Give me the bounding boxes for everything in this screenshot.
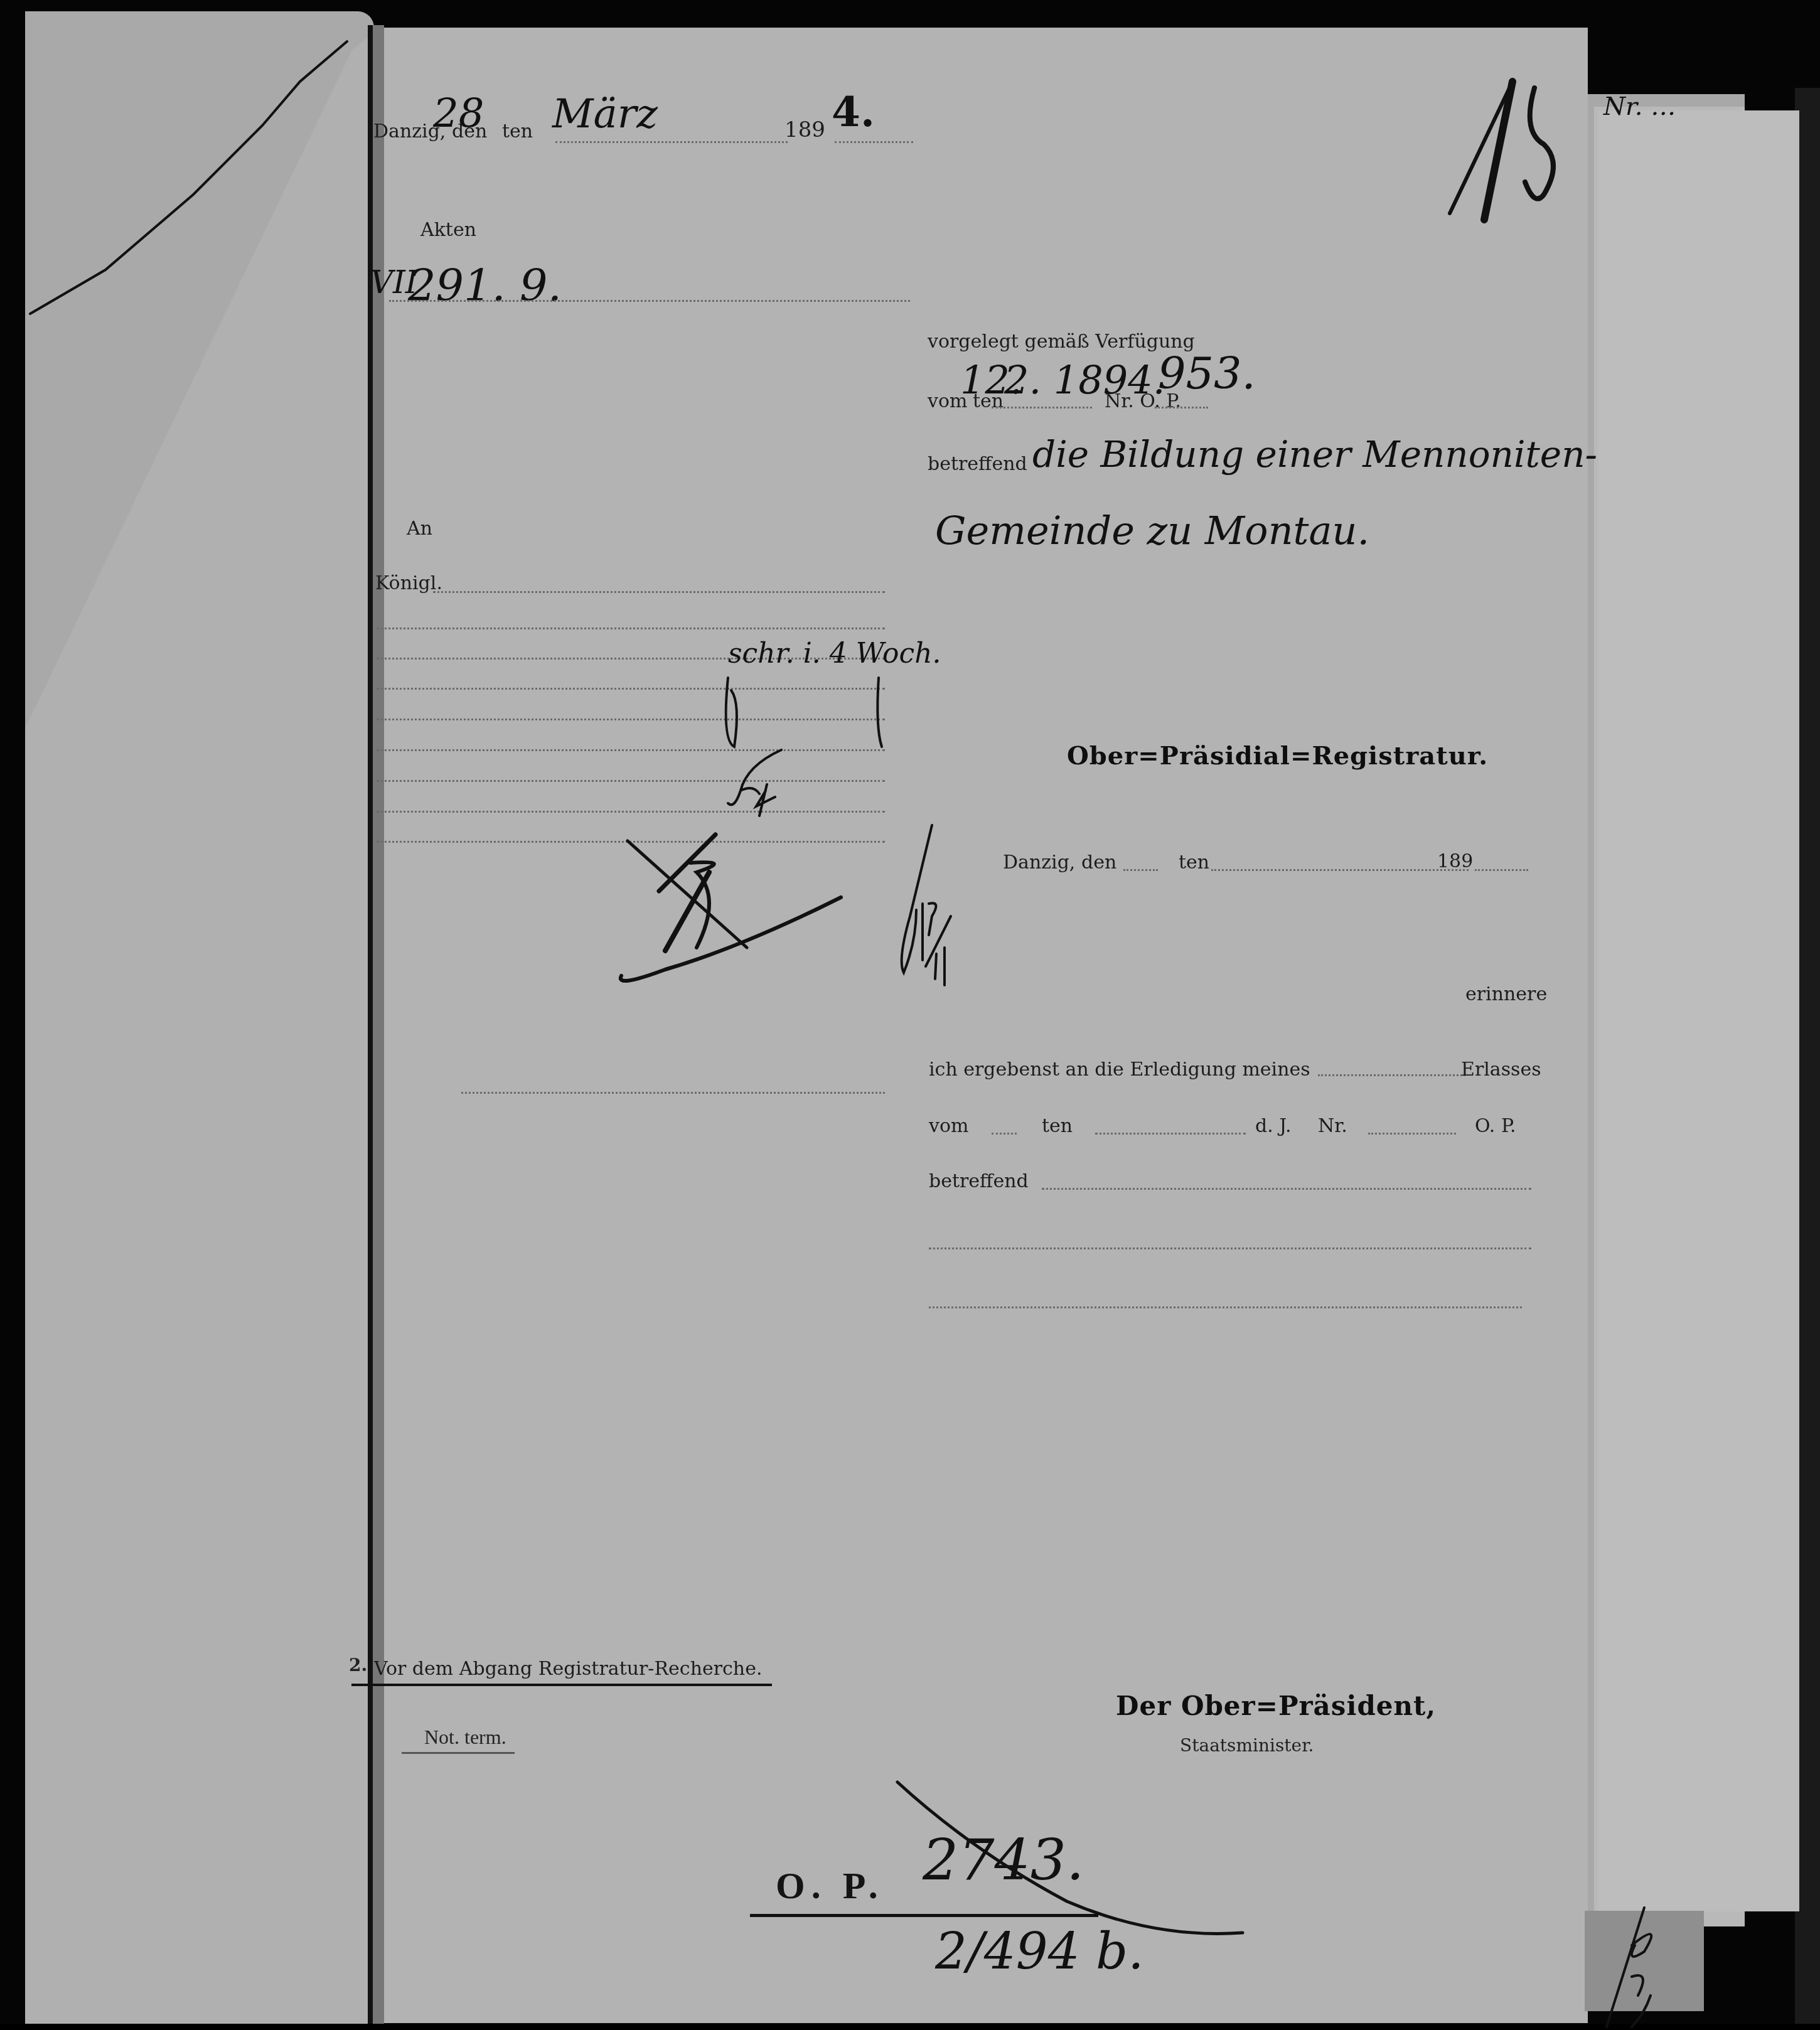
registry-ten-label: ten: [1179, 853, 1209, 872]
addressee-an-label: An: [407, 520, 432, 538]
registry-op-label: O. P.: [1475, 1117, 1516, 1136]
cover-crease-line: [30, 38, 369, 314]
year-line: [835, 141, 913, 143]
reference-subject-line1: die Bildung einer Mennoniten-: [1032, 436, 1597, 473]
registry-betreffend-label: betreffend: [929, 1172, 1029, 1191]
footer-strikethrough-line: [879, 1776, 1255, 1939]
registry-year-label: 189: [1437, 852, 1473, 871]
registry-ten2-label: ten: [1042, 1117, 1073, 1136]
addressee-line-10: [461, 1092, 885, 1094]
annotation-note-loops: [722, 665, 897, 759]
registry-year-line: [1475, 869, 1528, 871]
binding-spine: [368, 25, 384, 2027]
annotation-struck-fraction: [615, 835, 866, 1004]
signature-title: Der Ober=Präsident,: [1116, 1693, 1436, 1719]
stacked-page-front: [1598, 110, 1799, 1911]
date-month-line: [555, 141, 788, 143]
footer-not-term-line: [402, 1752, 515, 1754]
footer-margin-number: 2.: [349, 1657, 367, 1674]
date-day-suffix: ten: [502, 122, 533, 141]
folio-number-pencil: [1418, 69, 1556, 232]
addressee-koenigl-label: Königl.: [375, 574, 442, 593]
registry-title: Ober=Präsidial=Registratur.: [1067, 744, 1488, 769]
footer-op-number-new: 2/494 b.: [935, 1926, 1144, 1977]
signature-sub: Staatsminister.: [1180, 1737, 1314, 1755]
registry-dj-label: d. J.: [1255, 1117, 1292, 1136]
registry-line2: ich ergebenst an die Erledigung meines: [929, 1060, 1310, 1079]
registry-nr-line: [1368, 1133, 1456, 1135]
registry-date-label: Danzig, den: [1003, 853, 1116, 872]
registry-vom-label: vom: [929, 1117, 968, 1136]
corner-signature-scribble: [1594, 1908, 1669, 2027]
registry-erlasses-line: [1318, 1074, 1465, 1076]
akten-label: Akten: [420, 221, 476, 240]
reference-betreffend-label: betreffend: [928, 455, 1027, 474]
reference-intro: vorgelegt gemäß Verfügung: [928, 333, 1195, 351]
year-suffix: 4.: [832, 91, 875, 132]
registry-betreffend-line-2: [929, 1247, 1531, 1249]
date-day: 28: [433, 94, 484, 134]
registry-betreffend-line-3: [929, 1306, 1522, 1308]
registry-month-line: [1211, 869, 1469, 871]
stacked-page-fragment: Nr. …: [1603, 94, 1676, 119]
annotation-initial-13-4: [891, 822, 966, 985]
footer-not-term: Not. term.: [424, 1727, 506, 1747]
registry-day-line: [1123, 869, 1158, 871]
reference-date-line: [992, 407, 1092, 409]
annotation-g4: [722, 747, 816, 816]
footer-abgang-rule: [351, 1684, 772, 1686]
registry-erlasses: Erlasses: [1461, 1060, 1541, 1079]
annotation-note-schr: schr. i. 4 Woch.: [728, 640, 941, 668]
registry-betreffend-line-1: [1042, 1188, 1531, 1190]
registry-vom-month-line: [1095, 1133, 1246, 1135]
reference-subject-line2: Gemeinde zu Montau.: [935, 511, 1369, 550]
footer-abgang: Vor dem Abgang Registratur-Recherche.: [374, 1660, 762, 1679]
registry-erinnere: erinnere: [1465, 985, 1547, 1004]
akten-line: [389, 300, 910, 302]
registry-vom-day-line: [992, 1133, 1017, 1135]
reference-nr-value: 953.: [1158, 351, 1256, 395]
reference-nr-line: [1155, 407, 1208, 409]
addressee-line-2: [377, 628, 885, 629]
addressee-line-1: [433, 591, 885, 593]
document-sheet: [383, 28, 1588, 2023]
footer-op-label: O. P.: [776, 1867, 884, 1904]
date-month: März: [552, 94, 658, 134]
registry-nr-label: Nr.: [1318, 1117, 1347, 1136]
scan-bottom-edge: [0, 2024, 1820, 2030]
year-prefix: 189: [784, 119, 825, 141]
